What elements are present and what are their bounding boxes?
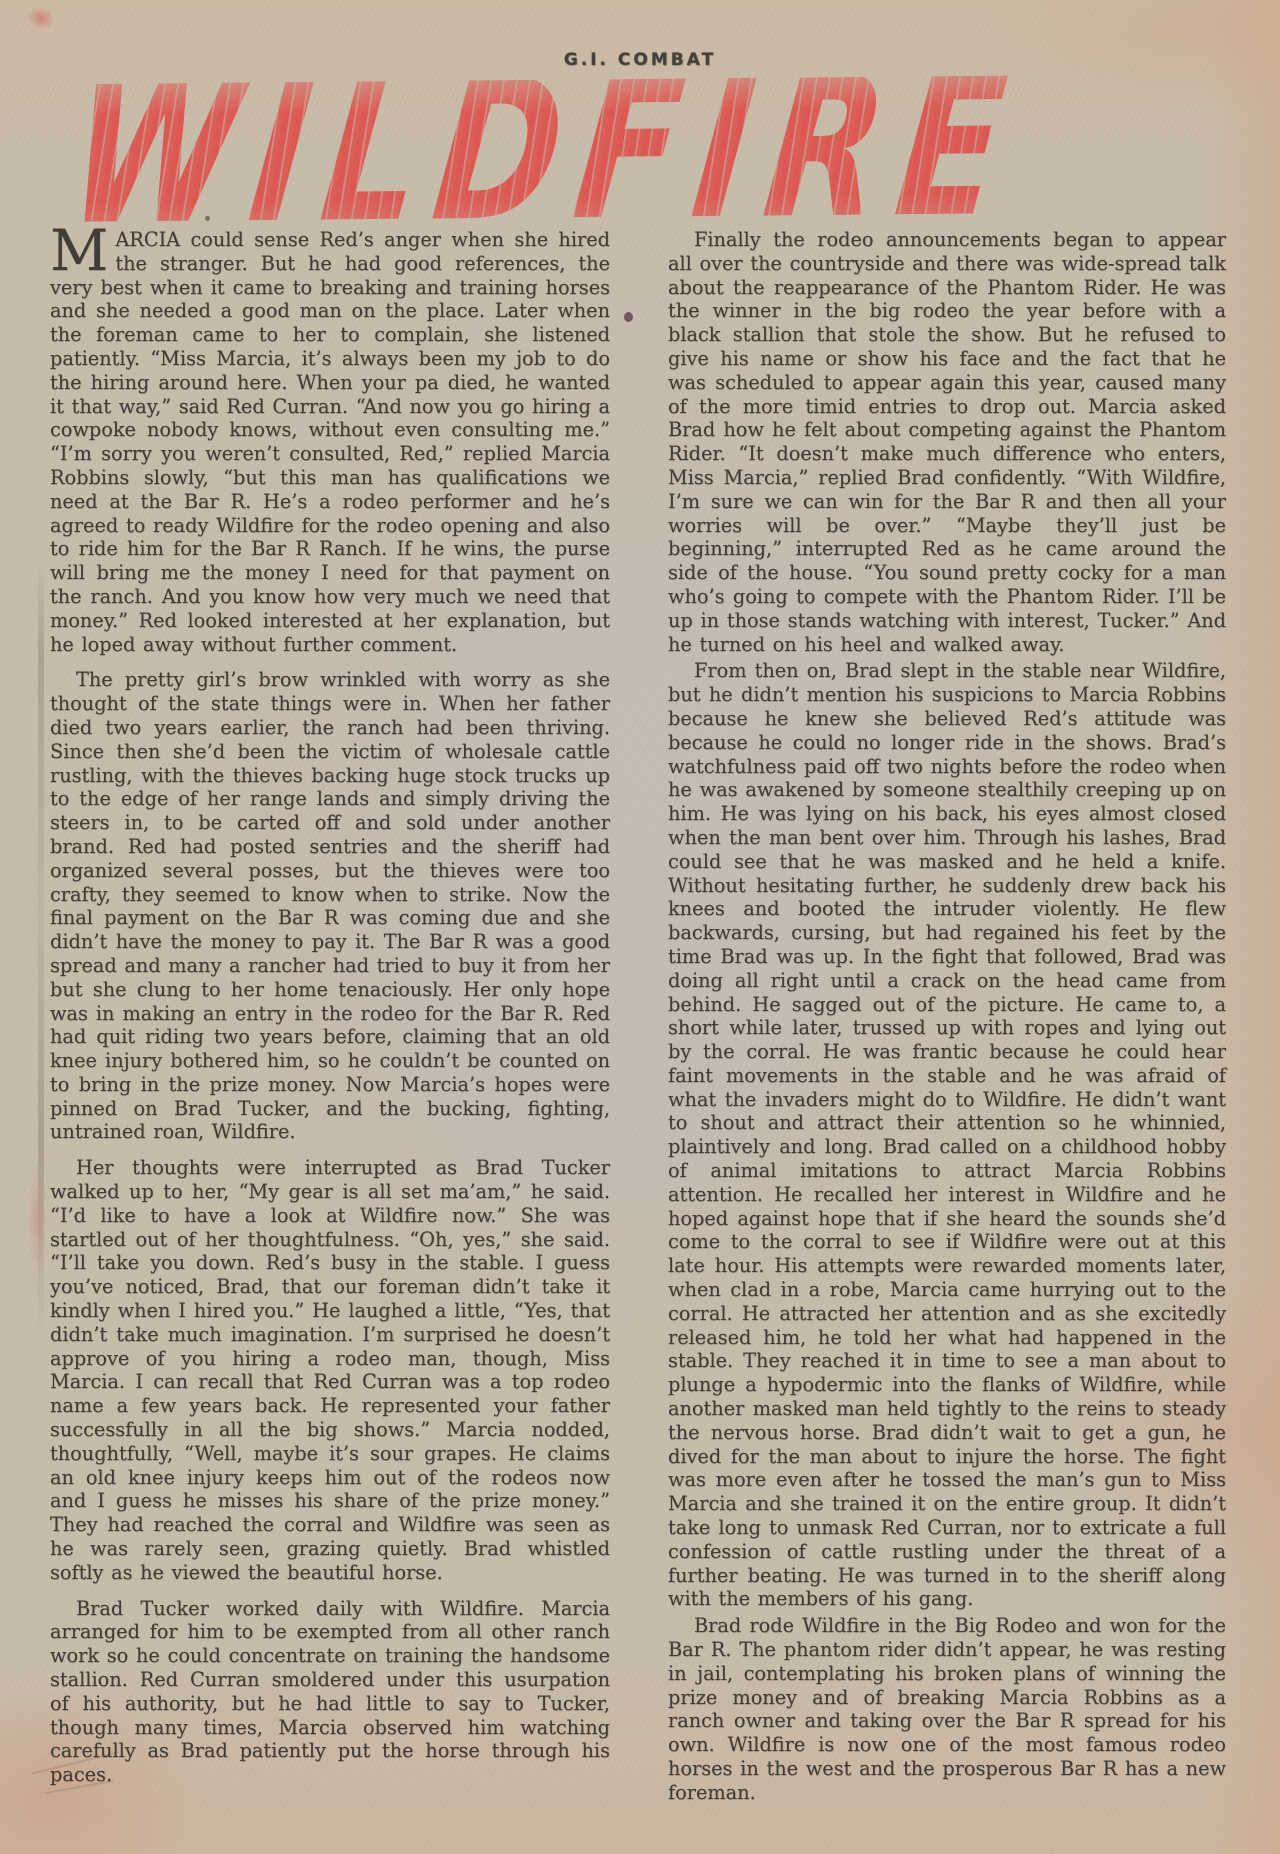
paragraph: MARCIA could sense Red’s anger when she …	[50, 228, 610, 656]
drop-cap: M	[50, 228, 115, 274]
page-header-logo: G.I. COMBAT	[0, 50, 1280, 70]
paragraph: Her thoughts were interrupted as Brad Tu…	[50, 1156, 610, 1584]
paragraph-text: ARCIA could sense Red’s anger when she h…	[50, 228, 610, 656]
comic-text-page: G.I. COMBAT WILDFIRE MARCIA could sense …	[0, 0, 1280, 1854]
paragraph: From then on, Brad slept in the stable n…	[668, 659, 1226, 1611]
red-ink-smudge	[21, 0, 62, 37]
paragraph: Finally the rodeo announcements began to…	[668, 228, 1226, 656]
text-column-right: Finally the rodeo announcements began to…	[668, 228, 1226, 1808]
paragraph: The pretty girl’s brow wrinkled with wor…	[50, 668, 610, 1144]
text-column-left: MARCIA could sense Red’s anger when she …	[50, 228, 610, 1799]
paragraph: Brad rode Wildfire in the Big Rodeo and …	[668, 1614, 1226, 1804]
story-title: WILDFIRE	[63, 75, 1026, 227]
ink-speck	[624, 312, 633, 322]
margin-stain	[26, 1150, 48, 1290]
paragraph: Brad Tucker worked daily with Wildfire. …	[50, 1597, 610, 1787]
